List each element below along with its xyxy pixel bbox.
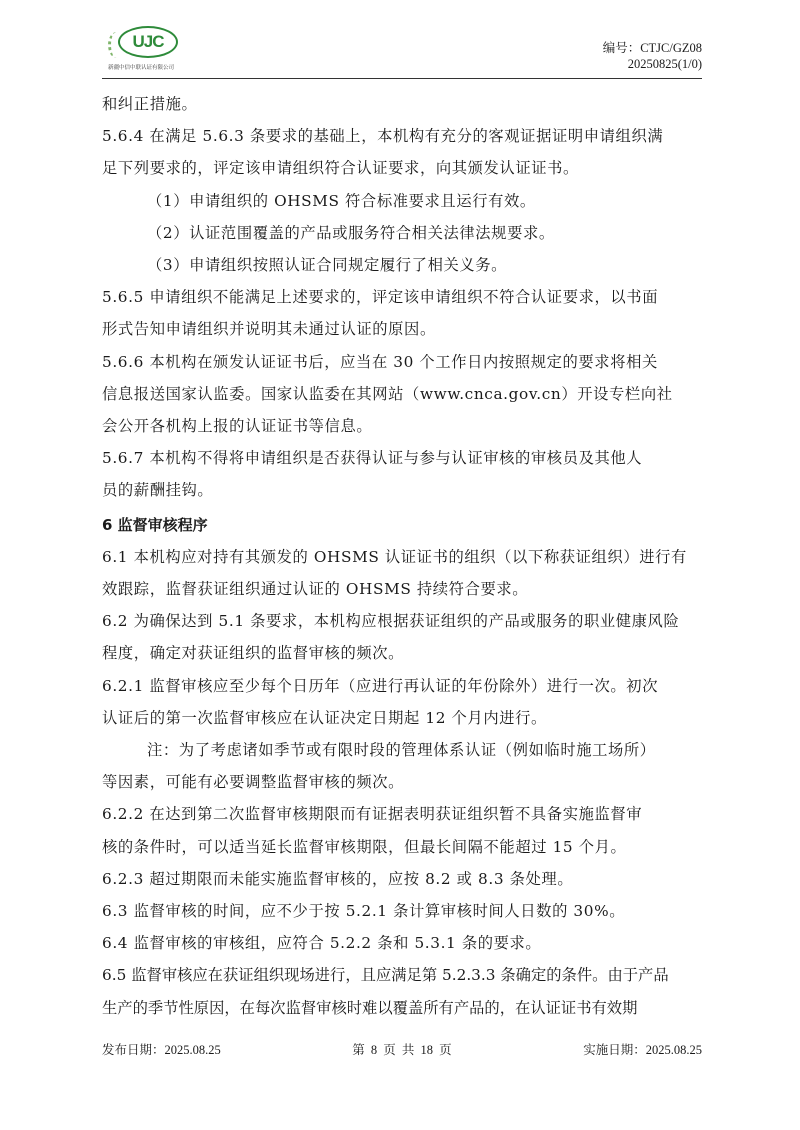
clause-5-6-6: 5.6.6 本机构在颁发认证证书后，应当在 30 个工作日内按照规定的要求将相关 xyxy=(102,346,702,378)
paragraph-line: 核的条件时，可以适当延长监督审核期限，但最长间隔不能超过 15 个月。 xyxy=(102,831,702,863)
paragraph-line: 程度，确定对获证组织的监督审核的频次。 xyxy=(102,637,702,669)
clause-6-1: 6.1 本机构应对持有其颁发的 OHSMS 认证证书的组织（以下称获证组织）进行… xyxy=(102,541,702,573)
paragraph-line: 员的薪酬挂钩。 xyxy=(102,474,702,506)
paragraph-line: 信息报送国家认监委。国家认监委在其网站（www.cnca.gov.cn）开设专栏… xyxy=(102,378,702,410)
paragraph-line: 会公开各机构上报的认证证书等信息。 xyxy=(102,410,702,442)
list-item-2: （2）认证范围覆盖的产品或服务符合相关法律法规要求。 xyxy=(102,217,702,249)
paragraph-line: 形式告知申请组织并说明其未通过认证的原因。 xyxy=(102,313,702,345)
paragraph-line: 认证后的第一次监督审核应在认证决定日期起 12 个月内进行。 xyxy=(102,702,702,734)
clause-6-2: 6.2 为确保达到 5.1 条要求，本机构应根据获证组织的产品或服务的职业健康风… xyxy=(102,605,702,637)
clause-6-2-2: 6.2.2 在达到第二次监督审核期限而有证据表明获证组织暂不具备实施监督审 xyxy=(102,798,702,830)
clause-6-2-1: 6.2.1 监督审核应至少每个日历年（应进行再认证的年份除外）进行一次。初次 xyxy=(102,670,702,702)
document-version: 20250825(1/0) xyxy=(603,56,702,72)
paragraph-line: 等因素，可能有必要调整监督审核的频次。 xyxy=(102,766,702,798)
company-name: 新疆中信中联认证有限公司 xyxy=(108,63,174,71)
list-item-1: （1）申请组织的 OHSMS 符合标准要求且运行有效。 xyxy=(102,185,702,217)
clause-5-6-5: 5.6.5 申请组织不能满足上述要求的，评定该申请组织不符合认证要求，以书面 xyxy=(102,281,702,313)
clause-6-5: 6.5 监督审核应在获证组织现场进行，且应满足第 5.2.3.3 条确定的条件。… xyxy=(102,959,702,991)
clause-6-3: 6.3 监督审核的时间，应不少于按 5.2.1 条计算审核时间人日数的 30%。 xyxy=(102,895,702,927)
company-logo: UJC 新疆中信中联认证有限公司 xyxy=(108,26,180,70)
page-footer: 发布日期：2025.08.25 第 8 页 共 18 页 实施日期：2025.0… xyxy=(102,1040,702,1060)
document-code-block: 编号：CTJC/GZ08 20250825(1/0) xyxy=(603,40,702,72)
clause-6-2-3: 6.2.3 超过期限而未能实施监督审核的，应按 8.2 或 8.3 条处理。 xyxy=(102,863,702,895)
paragraph-line: 生产的季节性原因，在每次监督审核时难以覆盖所有产品的，在认证证书有效期 xyxy=(102,992,702,1024)
note: 注：为了考虑诸如季节或有限时段的管理体系认证（例如临时施工场所） xyxy=(102,734,702,766)
clause-5-6-7: 5.6.7 本机构不得将申请组织是否获得认证与参与认证审核的审核员及其他人 xyxy=(102,442,702,474)
clause-5-6-4: 5.6.4 在满足 5.6.3 条要求的基础上，本机构有充分的客观证据证明申请组… xyxy=(102,120,702,152)
paragraph-line: 足下列要求的，评定该申请组织符合认证要求，向其颁发认证证书。 xyxy=(102,152,702,184)
list-item-3: （3）申请组织按照认证合同规定履行了相关义务。 xyxy=(102,249,702,281)
paragraph-line: 和纠正措施。 xyxy=(102,88,702,120)
clause-6-4: 6.4 监督审核的审核组，应符合 5.2.2 条和 5.3.1 条的要求。 xyxy=(102,927,702,959)
paragraph-line: 效跟踪，监督获证组织通过认证的 OHSMS 持续符合要求。 xyxy=(102,573,702,605)
effective-date: 实施日期：2025.08.25 xyxy=(583,1040,702,1058)
document-body: 和纠正措施。 5.6.4 在满足 5.6.3 条要求的基础上，本机构有充分的客观… xyxy=(102,88,702,1024)
logo-emblem: UJC xyxy=(118,26,178,58)
section-heading: 6 监督审核程序 xyxy=(102,509,702,541)
document-code: 编号：CTJC/GZ08 xyxy=(603,40,702,56)
logo-text: UJC xyxy=(132,32,163,52)
page-header: UJC 新疆中信中联认证有限公司 编号：CTJC/GZ08 20250825(1… xyxy=(102,22,702,79)
